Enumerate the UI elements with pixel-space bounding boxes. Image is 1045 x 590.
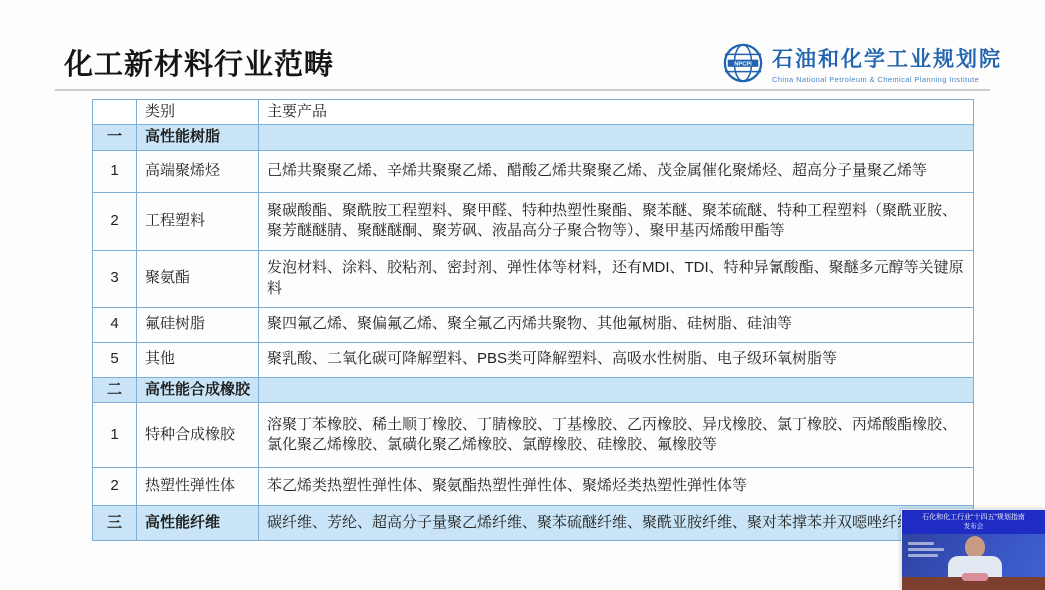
cell-products: 发泡材料、涂料、胶粘剂、密封剂、弹性体等材料，还有MDI、TDI、特种异氰酸酯、… xyxy=(259,250,974,307)
video-frame xyxy=(902,534,1045,590)
video-banner-subtitle: 发布会 xyxy=(902,523,1045,530)
cell-num: 4 xyxy=(93,307,137,342)
materials-scope-table: 类别 主要产品 一高性能树脂1高端聚烯烃己烯共聚聚乙烯、辛烯共聚聚乙烯、醋酸乙烯… xyxy=(92,99,974,541)
table-row: 5其他聚乳酸、二氧化碳可降解塑料、PBS类可降解塑料、高吸水性树脂、电子级环氧树… xyxy=(93,342,974,377)
cell-category: 热塑性弹性体 xyxy=(137,467,259,505)
cell-num: 1 xyxy=(93,402,137,467)
org-name-en: China National Petroleum & Chemical Plan… xyxy=(772,75,1002,84)
backdrop-text-lines xyxy=(908,542,948,560)
presenter-avatar xyxy=(965,536,985,558)
table-row: 一高性能树脂 xyxy=(93,125,974,150)
video-banner: 石化和化工行业“十四五”规划指南 发布会 xyxy=(902,510,1045,534)
cell-products: 聚四氟乙烯、聚偏氟乙烯、聚全氟乙丙烯共聚物、其他氟树脂、硅树脂、硅油等 xyxy=(259,307,974,342)
cell-products: 碳纤维、芳纶、超高分子量聚乙烯纤维、聚苯硫醚纤维、聚酰亚胺纤维、聚对苯撑苯并双噁… xyxy=(259,505,974,540)
title-divider xyxy=(55,89,990,91)
cell-num: 2 xyxy=(93,192,137,250)
cell-category: 特种合成橡胶 xyxy=(137,402,259,467)
org-name-cn: 石油和化学工业规划院 xyxy=(772,43,1002,73)
cell-category: 高端聚烯烃 xyxy=(137,150,259,192)
cell-num: 5 xyxy=(93,342,137,377)
table-row: 1高端聚烯烃己烯共聚聚乙烯、辛烯共聚聚乙烯、醋酸乙烯共聚聚乙烯、茂金属催化聚烯烃… xyxy=(93,150,974,192)
cell-products: 聚乳酸、二氧化碳可降解塑料、PBS类可降解塑料、高吸水性树脂、电子级环氧树脂等 xyxy=(259,342,974,377)
cell-products: 溶聚丁苯橡胶、稀土顺丁橡胶、丁腈橡胶、丁基橡胶、乙丙橡胶、异戊橡胶、氯丁橡胶、丙… xyxy=(259,402,974,467)
desk-object xyxy=(962,573,988,581)
header-category: 类别 xyxy=(137,100,259,125)
table-row: 三高性能纤维碳纤维、芳纶、超高分子量聚乙烯纤维、聚苯硫醚纤维、聚酰亚胺纤维、聚对… xyxy=(93,505,974,540)
svg-text:NPCPI: NPCPI xyxy=(734,61,752,67)
table-row: 4氟硅树脂聚四氟乙烯、聚偏氟乙烯、聚全氟乙丙烯共聚物、其他氟树脂、硅树脂、硅油等 xyxy=(93,307,974,342)
presenter-video[interactable]: 石化和化工行业“十四五”规划指南 发布会 xyxy=(901,509,1045,590)
table-header-row: 类别 主要产品 xyxy=(93,100,974,125)
page-title: 化工新材料行业范畴 xyxy=(64,42,334,83)
table-row: 2工程塑料聚碳酸酯、聚酰胺工程塑料、聚甲醛、特种热塑性聚酯、聚苯醚、聚苯硫醚、特… xyxy=(93,192,974,250)
table-row: 1特种合成橡胶溶聚丁苯橡胶、稀土顺丁橡胶、丁腈橡胶、丁基橡胶、乙丙橡胶、异戊橡胶… xyxy=(93,402,974,467)
cell-category: 高性能纤维 xyxy=(137,505,259,540)
table-row: 3聚氨酯发泡材料、涂料、胶粘剂、密封剂、弹性体等材料，还有MDI、TDI、特种异… xyxy=(93,250,974,307)
cell-category: 其他 xyxy=(137,342,259,377)
header-index xyxy=(93,100,137,125)
cell-products: 己烯共聚聚乙烯、辛烯共聚聚乙烯、醋酸乙烯共聚聚乙烯、茂金属催化聚烯烃、超高分子量… xyxy=(259,150,974,192)
cell-num: 二 xyxy=(93,377,137,402)
cell-num: 一 xyxy=(93,125,137,150)
cell-category: 工程塑料 xyxy=(137,192,259,250)
npcpi-globe-icon: NPCPI xyxy=(722,42,764,84)
header-products: 主要产品 xyxy=(259,100,974,125)
cell-num: 2 xyxy=(93,467,137,505)
cell-category: 高性能树脂 xyxy=(137,125,259,150)
cell-num: 1 xyxy=(93,150,137,192)
cell-num: 三 xyxy=(93,505,137,540)
cell-num: 3 xyxy=(93,250,137,307)
org-logo: NPCPI 石油和化学工业规划院 China National Petroleu… xyxy=(722,42,1002,84)
cell-category: 氟硅树脂 xyxy=(137,307,259,342)
cell-category: 高性能合成橡胶 xyxy=(137,377,259,402)
table-row: 二高性能合成橡胶 xyxy=(93,377,974,402)
cell-products xyxy=(259,377,974,402)
cell-products xyxy=(259,125,974,150)
table-row: 2热塑性弹性体苯乙烯类热塑性弹性体、聚氨酯热塑性弹性体、聚烯烃类热塑性弹性体等 xyxy=(93,467,974,505)
cell-category: 聚氨酯 xyxy=(137,250,259,307)
cell-products: 聚碳酸酯、聚酰胺工程塑料、聚甲醛、特种热塑性聚酯、聚苯醚、聚苯硫醚、特种工程塑料… xyxy=(259,192,974,250)
video-banner-title: 石化和化工行业“十四五”规划指南 xyxy=(902,514,1045,522)
slide: 化工新材料行业范畴 NPCPI 石油和化学工业规划院 China Nationa… xyxy=(0,0,1045,590)
table-body: 一高性能树脂1高端聚烯烃己烯共聚聚乙烯、辛烯共聚聚乙烯、醋酸乙烯共聚聚乙烯、茂金… xyxy=(93,125,974,541)
cell-products: 苯乙烯类热塑性弹性体、聚氨酯热塑性弹性体、聚烯烃类热塑性弹性体等 xyxy=(259,467,974,505)
